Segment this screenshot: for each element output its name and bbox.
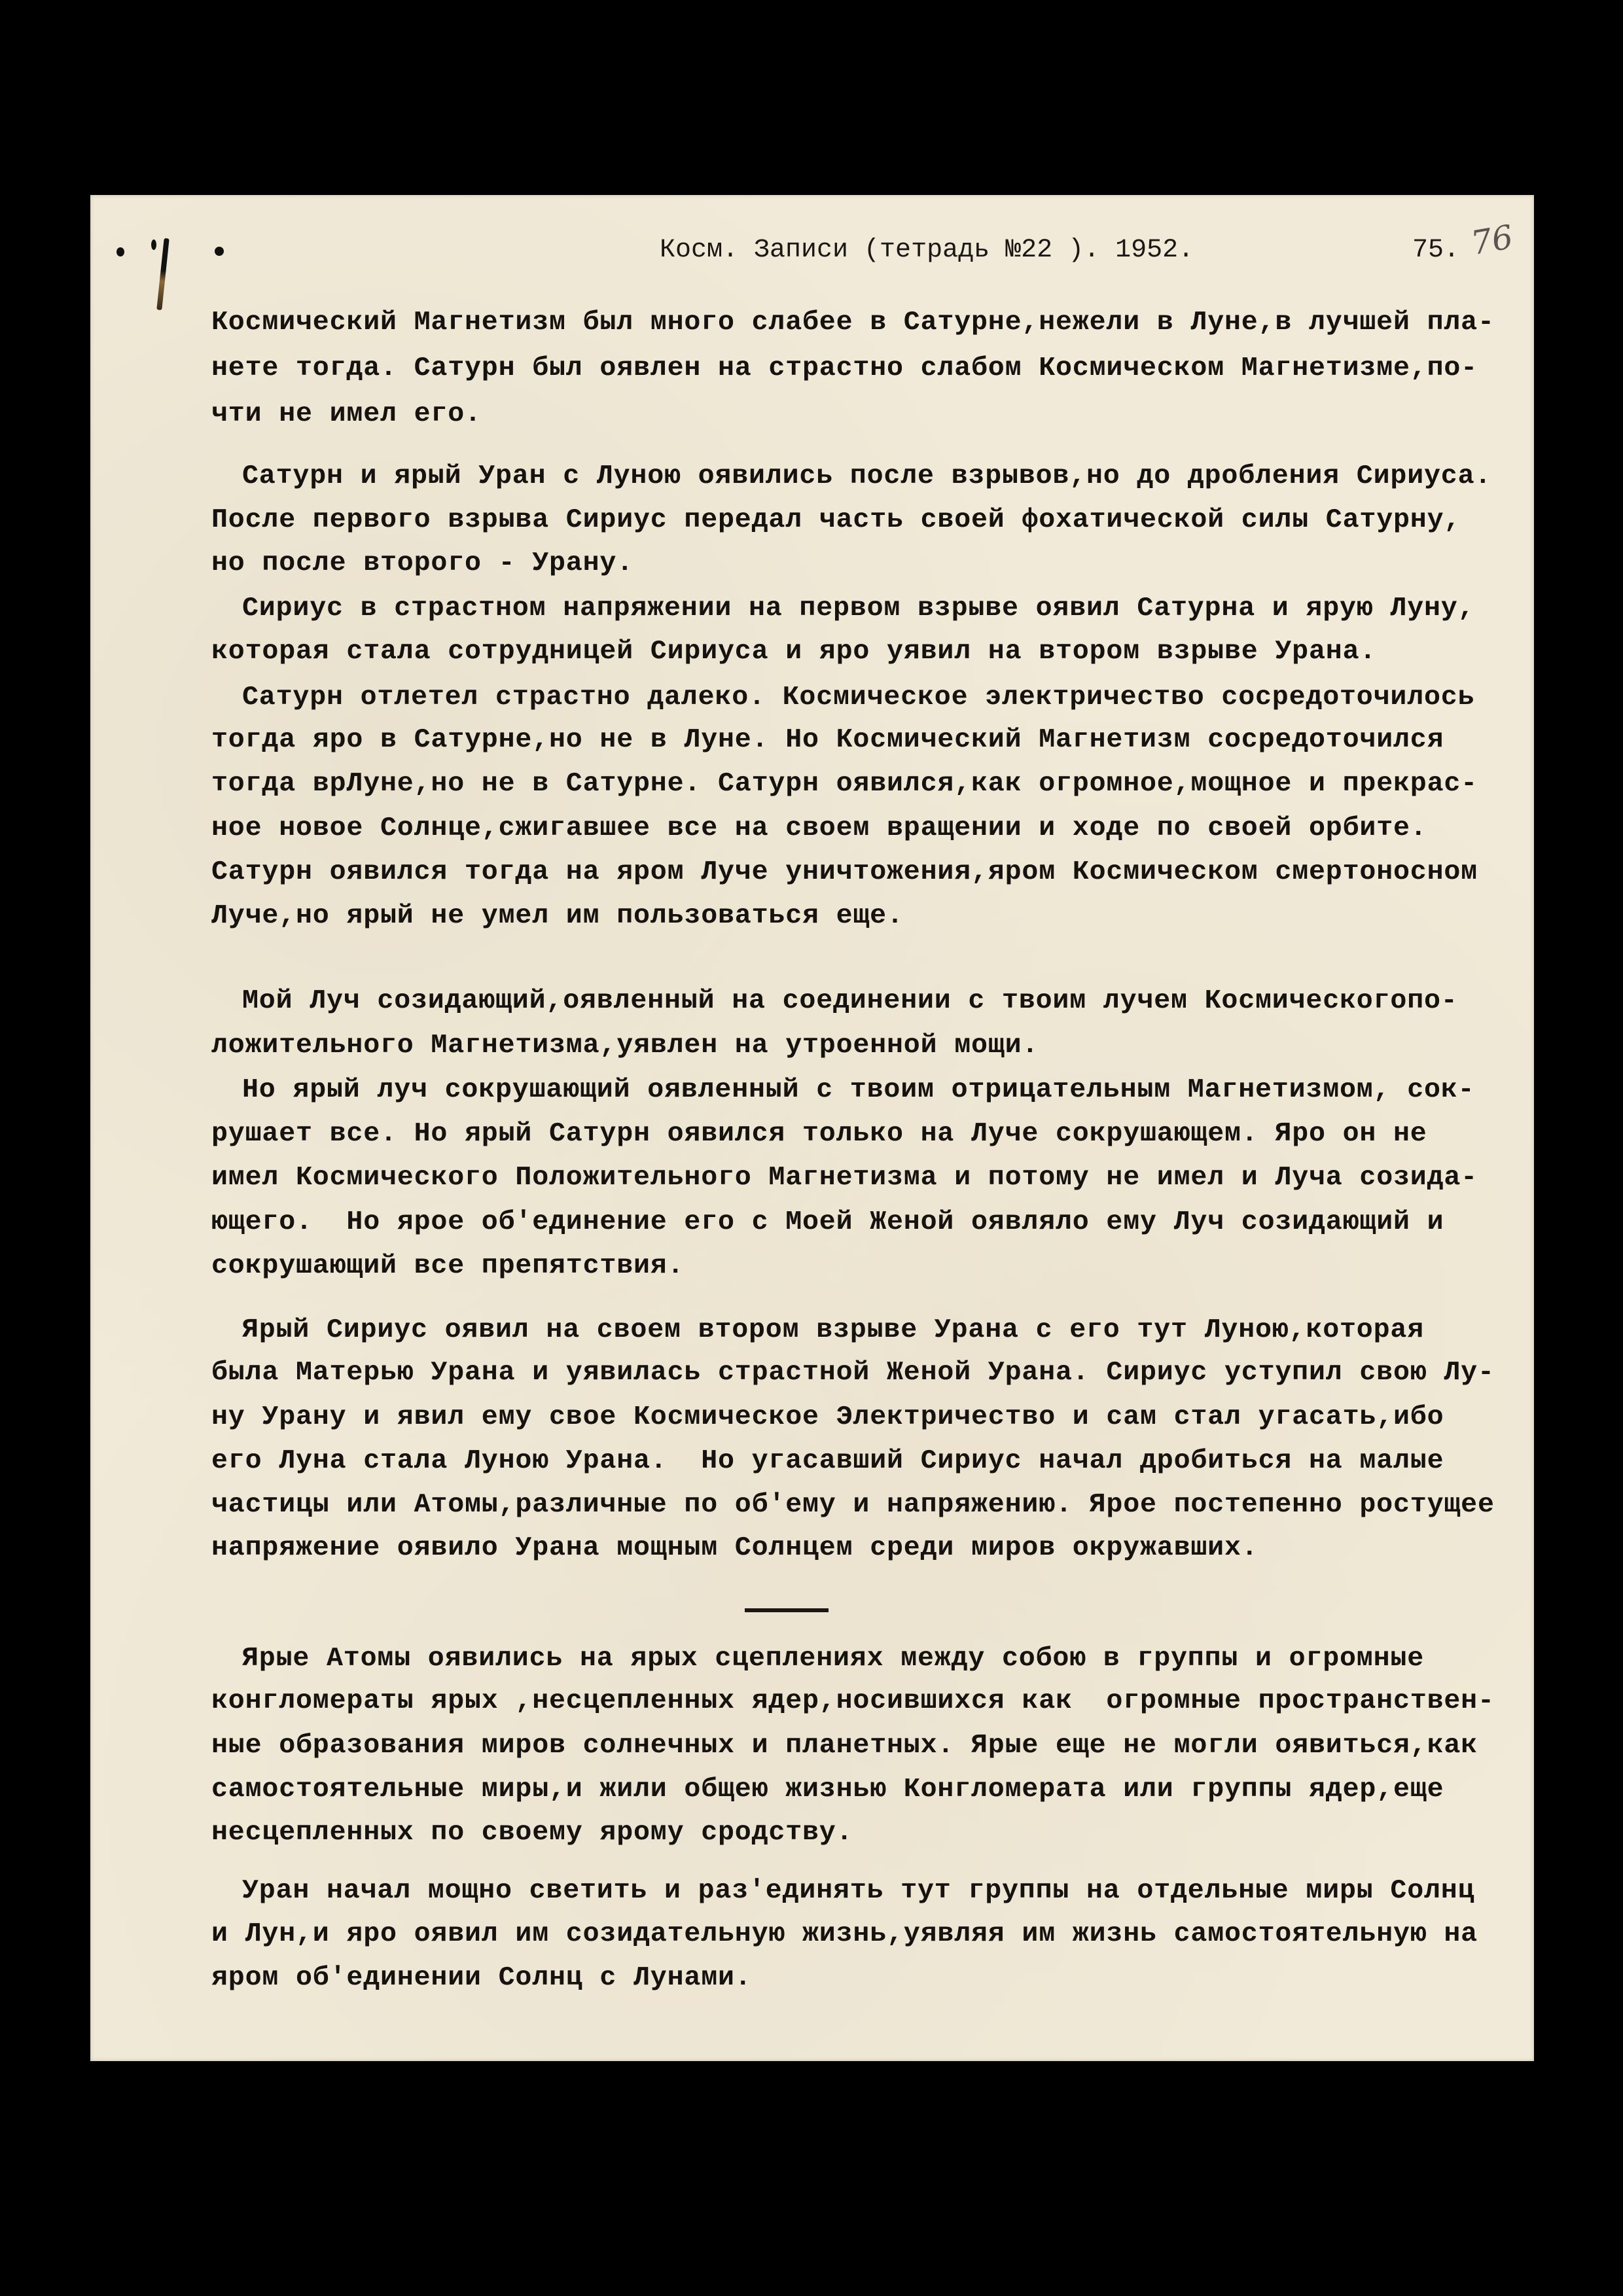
- text-line: но после второго - Урану.: [211, 550, 633, 577]
- text-line: которая стала сотрудницей Сириуса и яро …: [211, 639, 1376, 665]
- text-line: ложительного Магнетизма,уявлен на утроен…: [211, 1033, 1039, 1059]
- text-line: рушает все. Но ярый Сатурн оявился тольк…: [211, 1121, 1427, 1148]
- text-line: напряжение оявило Урана мощным Солнцем с…: [211, 1535, 1258, 1562]
- text-line: После первого взрыва Сириус передал част…: [211, 507, 1461, 534]
- text-line: Сириус в страстном напряжении на первом …: [242, 595, 1474, 622]
- text-line: Мой Луч созидающий,оявленный на соединен…: [242, 988, 1458, 1015]
- handwritten-page-number: 76: [1468, 218, 1516, 262]
- text-line: ные образования миров солнечных и планет…: [211, 1733, 1478, 1759]
- text-line: тогда врЛуне,но не в Сатурне. Сатурн ояв…: [211, 771, 1478, 798]
- text-line: Сатурн отлетел страстно далеко. Космичес…: [242, 684, 1474, 711]
- text-line: конгломераты ярых ,несцепленных ядер,нос…: [211, 1688, 1495, 1715]
- text-line: была Матерью Урана и уявилась страстной …: [211, 1360, 1495, 1386]
- text-line: ное новое Солнце,сжигавшее все на своем …: [211, 815, 1427, 842]
- text-line: имел Космического Положительного Магнети…: [211, 1165, 1478, 1192]
- punch-mark-icon: [215, 247, 224, 256]
- text-line: нете тогда. Сатурн был оявлен на страстн…: [211, 355, 1478, 382]
- text-line: Сатурн и ярый Уран с Луною оявились посл…: [242, 463, 1491, 490]
- text-line: ну Урану и явил ему свое Космическое Эле…: [211, 1404, 1444, 1431]
- text-line: самостоятельные миры,и жили общею жизнью…: [211, 1776, 1444, 1803]
- text-line: яром об'единении Солнц с Лунами.: [211, 1965, 752, 1992]
- text-line: его Луна стала Луною Урана. Но угасавший…: [211, 1448, 1444, 1475]
- typed-page-number: 75.: [1412, 236, 1459, 265]
- text-line: Ярые Атомы оявились на ярых сцеплениях м…: [242, 1646, 1424, 1672]
- punch-mark-icon: [151, 239, 156, 250]
- text-line: Но ярый луч сокрушающий оявленный с твои…: [242, 1077, 1474, 1104]
- text-line: Сатурн оявился тогда на яром Луче уничто…: [211, 859, 1478, 886]
- text-line: и Лун,и яро оявил им созидательную жизнь…: [211, 1921, 1478, 1948]
- text-line: сокрушающий все препятствия.: [211, 1253, 684, 1280]
- staple-mark: [156, 238, 169, 310]
- document-page: Косм. Записи (тетрадь №22 ). 1952. 75. 7…: [90, 195, 1534, 2061]
- text-line: тогда яро в Сатурне,но не в Луне. Но Кос…: [211, 727, 1444, 754]
- text-line: частицы или Атомы,различные по об'ему и …: [211, 1492, 1495, 1519]
- text-line: Луче,но ярый не умел им пользоваться еще…: [211, 903, 904, 930]
- text-line: Космический Магнетизм был много слабее в…: [211, 309, 1495, 336]
- document-header-title: Косм. Записи (тетрадь №22 ). 1952.: [660, 236, 1194, 265]
- text-line: Ярый Сириус оявил на своем втором взрыве…: [242, 1317, 1424, 1344]
- text-line: Уран начал мощно светить и раз'единять т…: [242, 1878, 1474, 1905]
- text-line: несцепленных по своему ярому сродству.: [211, 1820, 853, 1846]
- punch-mark-icon: [116, 247, 124, 256]
- section-separator: [745, 1608, 829, 1612]
- text-line: чти не имел его.: [211, 401, 482, 428]
- text-line: ющего. Но ярое об'единение его с Моей Же…: [211, 1209, 1444, 1236]
